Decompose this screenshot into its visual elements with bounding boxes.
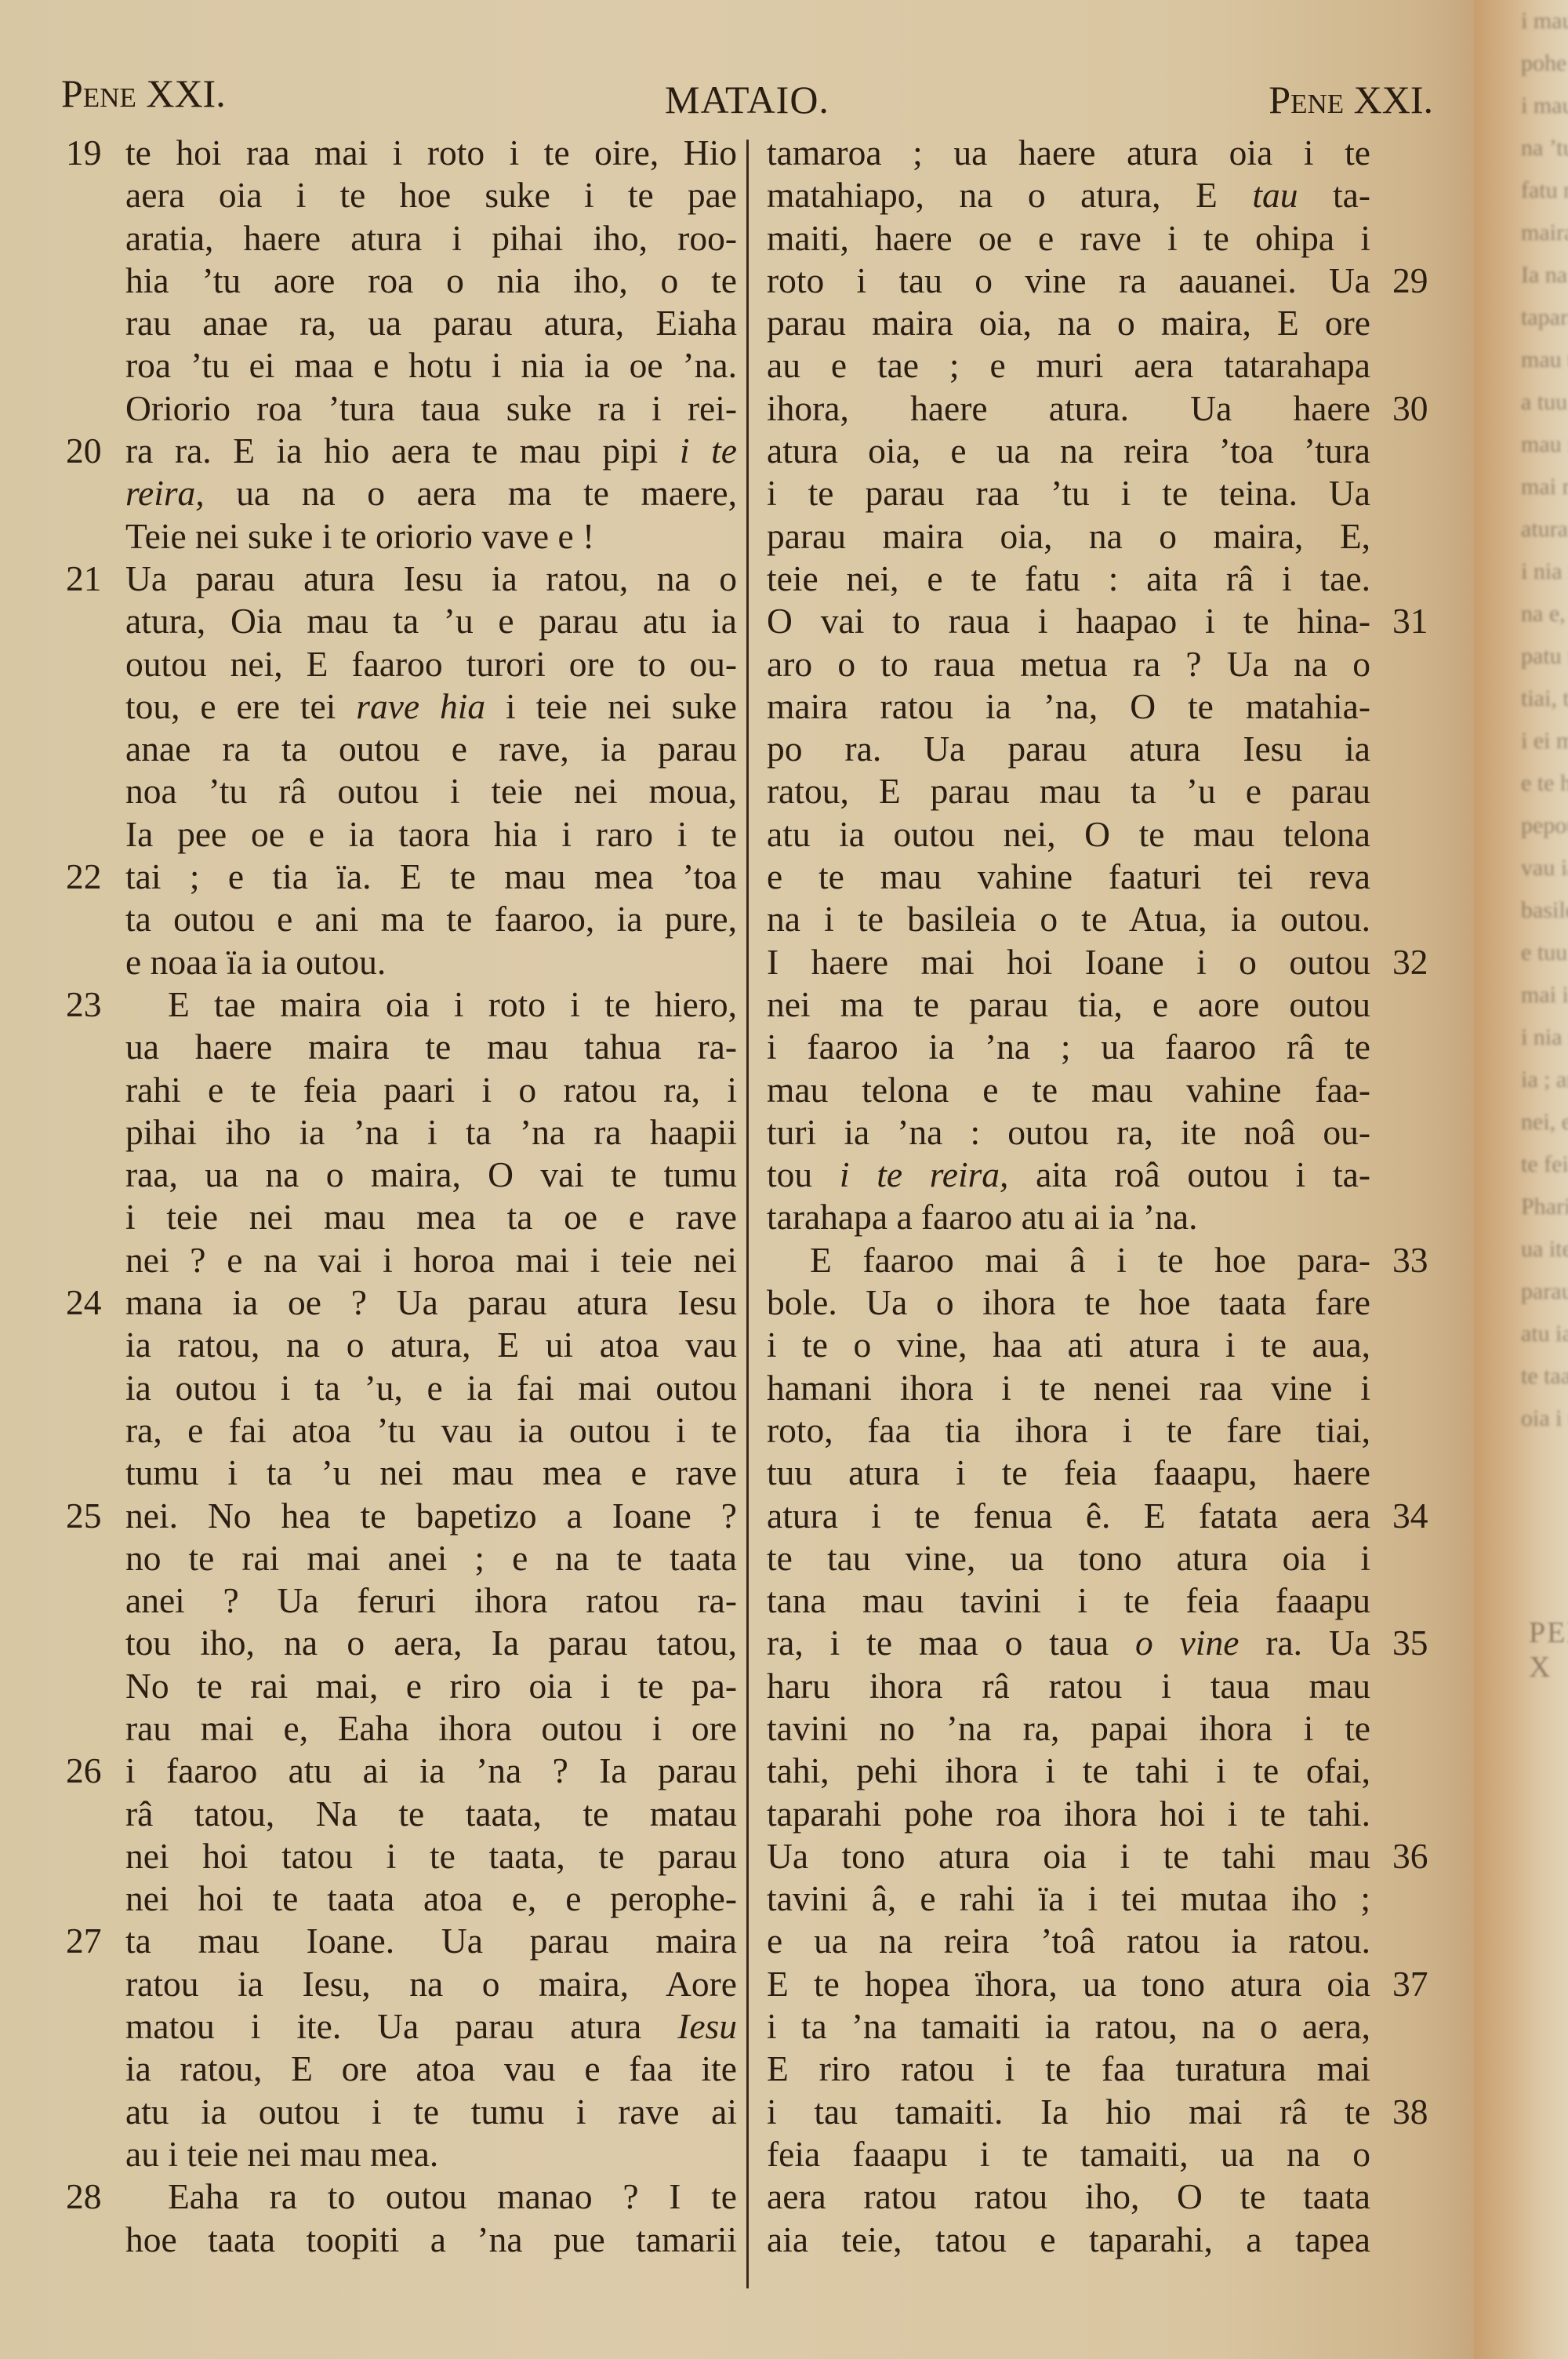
text-line: taparahi pohe roa ihora hoi i te tahi. (767, 1793, 1433, 1835)
text-line: e ua na reira ’toâ ratou ia ratou. (767, 1920, 1433, 1962)
text-line: au i teie nei mau mea. (66, 2133, 740, 2175)
text-line: hoe taata toopiti a ’na pue tamarii (66, 2219, 740, 2261)
text-line: ua haere maira te mau tahua ra- (66, 1026, 740, 1068)
text-line: 34atura i te fenua ê. E fatata aera (767, 1495, 1433, 1537)
verse-text: E riro ratou i te faa turatura mai (767, 2048, 1370, 2090)
text-line: 20ra ra. E ia hio aera te mau pipi i te (66, 430, 740, 472)
verse-number: 36 (1392, 1835, 1428, 1877)
text-line: ia outou i ta ’u, e ia fai mai outou (66, 1367, 740, 1409)
next-page-ghost-text: i mau fepohe ia ’nai mau e vna ’tura ia … (1521, 0, 1568, 1440)
text-line: mau telona e te mau vahine faa- (767, 1069, 1433, 1111)
verse-number: 30 (1392, 387, 1428, 430)
text-line: tarahapa a faaroo atu ai ia ’na. (767, 1196, 1433, 1238)
verse-number: 28 (66, 2175, 102, 2218)
verse-text: Teie nei suke i te oriorio vave e ! (125, 515, 737, 558)
verse-text: au i teie nei mau mea. (125, 2133, 737, 2175)
verse-text: noa ’tu râ outou i teie nei moua, (125, 770, 737, 812)
text-line: i ta ’na tamaiti ia ratou, na o aera, (767, 2005, 1433, 2048)
verse-text: nei ? e na vai i horoa mai i teie nei (125, 1239, 737, 1281)
verse-text: i tau tamaiti. Ia hio mai râ te (767, 2091, 1370, 2133)
header-book-title: MATAIO. (665, 77, 829, 122)
verse-text: reira, ua na o aera ma te maere, (125, 472, 737, 514)
verse-number: 23 (66, 983, 102, 1026)
verse-text: outou nei, E faaroo turori ore to ou- (125, 643, 737, 685)
verse-number: 37 (1392, 1963, 1428, 2005)
text-line: râ tatou, Na te taata, te matau (66, 1793, 740, 1835)
verse-text: mana ia oe ? Ua parau atura Iesu (125, 1281, 737, 1324)
text-line: teie nei, e te fatu : aita râ i tae. (767, 558, 1433, 600)
verse-text: i ta ’na tamaiti ia ratou, na o aera, (767, 2005, 1370, 2048)
text-line: aro o to raua metua ra ? Ua na o (767, 643, 1433, 685)
verse-text: i faaroo ia ’na ; ua faaroo râ te (767, 1026, 1370, 1068)
verse-text: ra ra. E ia hio aera te mau pipi i te (125, 430, 737, 472)
verse-text: aia teie, tatou e taparahi, a tapea (767, 2219, 1370, 2261)
next-page-edge: i mau fepohe ia ’nai mau e vna ’tura ia … (1474, 0, 1568, 2359)
text-line: i te parau raa ’tu i te teina. Ua (767, 472, 1433, 514)
text-line: 23E tae maira oia i roto i te hiero, (66, 983, 740, 1026)
verse-number: 38 (1392, 2091, 1428, 2133)
text-line: aera ratou ratou iho, O te taata (767, 2175, 1433, 2218)
text-line: na i te basileia o te Atua, ia outou. (767, 898, 1433, 940)
text-line: tana mau tavini i te feia faaapu (767, 1579, 1433, 1622)
text-line: 25nei. No hea te bapetizo a Ioane ? (66, 1495, 740, 1537)
verse-text: parau maira oia, na o maira, E ore (767, 302, 1370, 344)
text-line: 36Ua tono atura oia i te tahi mau (767, 1835, 1433, 1877)
text-line: te tau vine, ua tono atura oia i (767, 1537, 1433, 1579)
text-line: outou nei, E faaroo turori ore to ou- (66, 643, 740, 685)
verse-text: Eaha ra to outou manao ? I te (168, 2175, 737, 2218)
verse-text: raa, ua na o maira, O vai te tumu (125, 1154, 737, 1196)
verse-text: po ra. Ua parau atura Iesu ia (767, 728, 1370, 770)
verse-text: E tae maira oia i roto i te hiero, (168, 983, 737, 1026)
verse-text: Oriorio roa ’tura taua suke ra i rei- (125, 387, 737, 430)
verse-text: e te mau vahine faaturi tei reva (767, 856, 1370, 898)
verse-text: anei ? Ua feruri ihora ratou ra- (125, 1579, 737, 1622)
verse-number: 33 (1392, 1239, 1428, 1281)
text-line: ratou ia Iesu, na o maira, Aore (66, 1963, 740, 2005)
text-line: matou i ite. Ua parau atura Iesu (66, 2005, 740, 2048)
text-line: 24mana ia oe ? Ua parau atura Iesu (66, 1281, 740, 1324)
verse-text: O vai to raua i haapao i te hina- (767, 600, 1370, 642)
next-page-chapter-heading: PENE X (1529, 1616, 1568, 1685)
verse-text: atu ia outou i te tumu i rave ai (125, 2091, 737, 2133)
verse-text: tou iho, na o aera, Ia parau tatou, (125, 1622, 737, 1664)
text-line: tuu atura i te feia faaapu, haere (767, 1452, 1433, 1494)
verse-text: aera oia i te hoe suke i te pae (125, 174, 737, 216)
verse-number: 32 (1392, 941, 1428, 983)
verse-number: 31 (1392, 600, 1428, 642)
verse-text: nei. No hea te bapetizo a Ioane ? (125, 1495, 737, 1537)
verse-number: 20 (66, 430, 102, 472)
verse-text: turi ia ’na : outou ra, ite noâ ou- (767, 1111, 1370, 1154)
text-line: nei ma te parau tia, e aore outou (767, 983, 1433, 1026)
verse-text: râ tatou, Na te taata, te matau (125, 1793, 737, 1835)
verse-text: ra, e fai atoa ’tu vau ia outou i te (125, 1409, 737, 1452)
verse-text: no te rai mai anei ; e na te taata (125, 1537, 737, 1579)
text-line: 33E faaroo mai â i te hoe para- (767, 1239, 1433, 1281)
verse-text: na i te basileia o te Atua, ia outou. (767, 898, 1370, 940)
verse-number: 35 (1392, 1622, 1428, 1664)
verse-text: ta outou e ani ma te faaroo, ia pure, (125, 898, 737, 940)
verse-number: 26 (66, 1750, 102, 1792)
text-line: feia faaapu i te tamaiti, ua na o (767, 2133, 1433, 2175)
verse-text: nei hoi tatou i te taata, te parau (125, 1835, 737, 1877)
verse-text: nei ma te parau tia, e aore outou (767, 983, 1370, 1026)
verse-text: Ia pee oe e ia taora hia i raro i te (125, 813, 737, 856)
verse-text: ratou, E parau mau ta ’u e parau (767, 770, 1370, 812)
text-line: 31O vai to raua i haapao i te hina- (767, 600, 1433, 642)
text-line: E riro ratou i te faa turatura mai (767, 2048, 1433, 2090)
text-line: hamani ihora i te nenei raa vine i (767, 1367, 1433, 1409)
text-line: maiti, haere oe e rave i te ohipa i (767, 217, 1433, 260)
text-line: tahi, pehi ihora i te tahi i te ofai, (767, 1750, 1433, 1792)
verse-text: tamaroa ; ua haere atura oia i te (767, 132, 1370, 174)
verse-text: teie nei, e te fatu : aita râ i tae. (767, 558, 1370, 600)
right-column: tamaroa ; ua haere atura oia i tematahia… (767, 132, 1433, 2261)
verse-text: i faaroo atu ai ia ’na ? Ia parau (125, 1750, 737, 1792)
text-line: 28Eaha ra to outou manao ? I te (66, 2175, 740, 2218)
verse-text: atura, Oia mau ta ’u e parau atu ia (125, 600, 737, 642)
text-line: atu ia outou i te tumu i rave ai (66, 2091, 740, 2133)
verse-text: tahi, pehi ihora i te tahi i te ofai, (767, 1750, 1370, 1792)
verse-text: ratou ia Iesu, na o maira, Aore (125, 1963, 737, 2005)
column-divider (746, 140, 749, 2288)
book-page: Pene XXI. MATAIO. Pene XXI. 19te hoi raa… (0, 0, 1490, 2359)
verse-text: roto i tau o vine ra aauanei. Ua (767, 260, 1370, 302)
verse-text: i te o vine, haa ati atura i te aua, (767, 1324, 1370, 1366)
verse-number: 24 (66, 1281, 102, 1324)
text-line: parau maira oia, na o maira, E ore (767, 302, 1433, 344)
verse-text: taparahi pohe roa ihora hoi i te tahi. (767, 1793, 1370, 1835)
verse-text: au e tae ; e muri aera tatarahapa (767, 344, 1370, 387)
verse-text: aratia, haere atura i pihai iho, roo- (125, 217, 737, 260)
text-line: ia ratou, E ore atoa vau e faa ite (66, 2048, 740, 2090)
verse-text: haru ihora râ ratou i taua mau (767, 1665, 1370, 1707)
text-line: Teie nei suke i te oriorio vave e ! (66, 515, 740, 558)
verse-text: rau mai e, Eaha ihora outou i ore (125, 1707, 737, 1750)
text-line: atu ia outou nei, O te mau telona (767, 813, 1433, 856)
text-line: Oriorio roa ’tura taua suke ra i rei- (66, 387, 740, 430)
verse-text: tou i te reira, aita roâ outou i ta- (767, 1154, 1370, 1196)
text-line: hia ’tu aore roa o nia iho, o te (66, 260, 740, 302)
text-line: bole. Ua o ihora te hoe taata fare (767, 1281, 1433, 1324)
text-line: 32I haere mai hoi Ioane i o outou (767, 941, 1433, 983)
verse-text: hia ’tu aore roa o nia iho, o te (125, 260, 737, 302)
text-line: 21Ua parau atura Iesu ia ratou, na o (66, 558, 740, 600)
verse-text: i teie nei mau mea ta oe e rave (125, 1196, 737, 1238)
text-line: anei ? Ua feruri ihora ratou ra- (66, 1579, 740, 1622)
verse-text: roto, faa tia ihora i te fare tiai, (767, 1409, 1370, 1452)
text-line: tou, e ere tei rave hia i teie nei suke (66, 685, 740, 728)
verse-text: feia faaapu i te tamaiti, ua na o (767, 2133, 1370, 2175)
verse-text: tai ; e tia ïa. E te mau mea ’toa (125, 856, 737, 898)
verse-text: te tau vine, ua tono atura oia i (767, 1537, 1370, 1579)
verse-text: Ua parau atura Iesu ia ratou, na o (125, 558, 737, 600)
verse-number: 22 (66, 856, 102, 898)
verse-text: roa ’tu ei maa e hotu i nia ia oe ’na. (125, 344, 737, 387)
verse-text: anae ra ta outou e rave, ia parau (125, 728, 737, 770)
verse-text: I haere mai hoi Ioane i o outou (767, 941, 1370, 983)
text-line: rau anae ra, ua parau atura, Eiaha (66, 302, 740, 344)
verse-text: aro o to raua metua ra ? Ua na o (767, 643, 1370, 685)
running-header: Pene XXI. MATAIO. Pene XXI. (61, 71, 1433, 125)
text-line: No te rai mai, e riro oia i te pa- (66, 1665, 740, 1707)
text-line: Ia pee oe e ia taora hia i raro i te (66, 813, 740, 856)
text-line: 19te hoi raa mai i roto i te oire, Hio (66, 132, 740, 174)
text-line: rau mai e, Eaha ihora outou i ore (66, 1707, 740, 1750)
text-line: no te rai mai anei ; e na te taata (66, 1537, 740, 1579)
text-line: e te mau vahine faaturi tei reva (767, 856, 1433, 898)
text-line: nei ? e na vai i horoa mai i teie nei (66, 1239, 740, 1281)
verse-text: tou, e ere tei rave hia i teie nei suke (125, 685, 737, 728)
text-line: roto, faa tia ihora i te fare tiai, (767, 1409, 1433, 1452)
verse-text: pihai iho ia ’na i ta ’na ra haapii (125, 1111, 737, 1154)
text-line: matahiapo, na o atura, E tau ta- (767, 174, 1433, 216)
text-line: tavini â, e rahi ïa i tei mutaa iho ; (767, 1877, 1433, 1920)
header-chapter-right: Pene XXI. (1269, 77, 1433, 122)
text-line: 27ta mau Ioane. Ua parau maira (66, 1920, 740, 1962)
text-line: e noaa ïa ia outou. (66, 941, 740, 983)
verse-text: aera ratou ratou iho, O te taata (767, 2175, 1370, 2218)
text-line: atura oia, e ua na reira ’toa ’tura (767, 430, 1433, 472)
verse-text: rau anae ra, ua parau atura, Eiaha (125, 302, 737, 344)
text-line: 30ihora, haere atura. Ua haere (767, 387, 1433, 430)
verse-text: e noaa ïa ia outou. (125, 941, 737, 983)
verse-number: 25 (66, 1495, 102, 1537)
text-line: aia teie, tatou e taparahi, a tapea (767, 2219, 1433, 2261)
text-line: aera oia i te hoe suke i te pae (66, 174, 740, 216)
text-line: nei hoi te taata atoa e, e perophe- (66, 1877, 740, 1920)
verse-text: i te parau raa ’tu i te teina. Ua (767, 472, 1370, 514)
text-line: i te o vine, haa ati atura i te aua, (767, 1324, 1433, 1366)
text-line: haru ihora râ ratou i taua mau (767, 1665, 1433, 1707)
text-line: tou iho, na o aera, Ia parau tatou, (66, 1622, 740, 1664)
verse-text: hoe taata toopiti a ’na pue tamarii (125, 2219, 737, 2261)
text-line: 22tai ; e tia ïa. E te mau mea ’toa (66, 856, 740, 898)
text-line: reira, ua na o aera ma te maere, (66, 472, 740, 514)
verse-text: e ua na reira ’toâ ratou ia ratou. (767, 1920, 1370, 1962)
text-line: tamaroa ; ua haere atura oia i te (767, 132, 1433, 174)
text-line: 35ra, i te maa o taua o vine ra. Ua (767, 1622, 1433, 1664)
text-line: 29roto i tau o vine ra aauanei. Ua (767, 260, 1433, 302)
verse-text: parau maira oia, na o maira, E, (767, 515, 1370, 558)
left-column: 19te hoi raa mai i roto i te oire, Hioae… (66, 132, 740, 2261)
verse-text: tavini â, e rahi ïa i tei mutaa iho ; (767, 1877, 1370, 1920)
header-chapter-left: Pene XXI. (61, 71, 226, 116)
verse-text: ta mau Ioane. Ua parau maira (125, 1920, 737, 1962)
verse-text: ia outou i ta ’u, e ia fai mai outou (125, 1367, 737, 1409)
verse-text: E te hopea ïhora, ua tono atura oia (767, 1963, 1370, 2005)
verse-text: ihora, haere atura. Ua haere (767, 387, 1370, 430)
text-line: parau maira oia, na o maira, E, (767, 515, 1433, 558)
text-line: atura, Oia mau ta ’u e parau atu ia (66, 600, 740, 642)
text-line: ra, e fai atoa ’tu vau ia outou i te (66, 1409, 740, 1452)
verse-text: ia ratou, E ore atoa vau e faa ite (125, 2048, 737, 2090)
verse-text: ia ratou, na o atura, E ui atoa vau (125, 1324, 737, 1366)
verse-text: te hoi raa mai i roto i te oire, Hio (125, 132, 737, 174)
text-line: aratia, haere atura i pihai iho, roo- (66, 217, 740, 260)
verse-text: ua haere maira te mau tahua ra- (125, 1026, 737, 1068)
verse-text: tarahapa a faaroo atu ai ia ’na. (767, 1196, 1370, 1238)
verse-text: matou i ite. Ua parau atura Iesu (125, 2005, 737, 2048)
verse-number: 19 (66, 132, 102, 174)
verse-text: tana mau tavini i te feia faaapu (767, 1579, 1370, 1622)
text-line: roa ’tu ei maa e hotu i nia ia oe ’na. (66, 344, 740, 387)
text-line: turi ia ’na : outou ra, ite noâ ou- (767, 1111, 1433, 1154)
text-line: raa, ua na o maira, O vai te tumu (66, 1154, 740, 1196)
text-line: nei hoi tatou i te taata, te parau (66, 1835, 740, 1877)
text-line: 37E te hopea ïhora, ua tono atura oia (767, 1963, 1433, 2005)
verse-number: 29 (1392, 260, 1428, 302)
text-line: po ra. Ua parau atura Iesu ia (767, 728, 1433, 770)
text-line: anae ra ta outou e rave, ia parau (66, 728, 740, 770)
verse-text: hamani ihora i te nenei raa vine i (767, 1367, 1370, 1409)
text-line: au e tae ; e muri aera tatarahapa (767, 344, 1433, 387)
verse-text: nei hoi te taata atoa e, e perophe- (125, 1877, 737, 1920)
verse-text: bole. Ua o ihora te hoe taata fare (767, 1281, 1370, 1324)
verse-number: 21 (66, 558, 102, 600)
verse-text: matahiapo, na o atura, E tau ta- (767, 174, 1370, 216)
text-line: maira ratou ia ’na, O te matahia- (767, 685, 1433, 728)
verse-text: atura i te fenua ê. E fatata aera (767, 1495, 1370, 1537)
verse-text: No te rai mai, e riro oia i te pa- (125, 1665, 737, 1707)
verse-text: atura oia, e ua na reira ’toa ’tura (767, 430, 1370, 472)
text-line: i teie nei mau mea ta oe e rave (66, 1196, 740, 1238)
text-line: noa ’tu râ outou i teie nei moua, (66, 770, 740, 812)
text-line: 38i tau tamaiti. Ia hio mai râ te (767, 2091, 1433, 2133)
text-line: rahi e te feia paari i o ratou ra, i (66, 1069, 740, 1111)
verse-text: tumu i ta ’u nei mau mea e rave (125, 1452, 737, 1494)
text-line: ta outou e ani ma te faaroo, ia pure, (66, 898, 740, 940)
verse-text: maiti, haere oe e rave i te ohipa i (767, 217, 1370, 260)
verse-text: E faaroo mai â i te hoe para- (810, 1239, 1370, 1281)
verse-number: 34 (1392, 1495, 1428, 1537)
text-line: ia ratou, na o atura, E ui atoa vau (66, 1324, 740, 1366)
verse-text: maira ratou ia ’na, O te matahia- (767, 685, 1370, 728)
text-line: tumu i ta ’u nei mau mea e rave (66, 1452, 740, 1494)
verse-text: ra, i te maa o taua o vine ra. Ua (767, 1622, 1370, 1664)
verse-text: mau telona e te mau vahine faa- (767, 1069, 1370, 1111)
text-line: tou i te reira, aita roâ outou i ta- (767, 1154, 1433, 1196)
verse-number: 27 (66, 1920, 102, 1962)
verse-text: Ua tono atura oia i te tahi mau (767, 1835, 1370, 1877)
text-line: tavini no ’na ra, papai ihora i te (767, 1707, 1433, 1750)
text-line: 26i faaroo atu ai ia ’na ? Ia parau (66, 1750, 740, 1792)
text-line: i faaroo ia ’na ; ua faaroo râ te (767, 1026, 1433, 1068)
verse-text: tavini no ’na ra, papai ihora i te (767, 1707, 1370, 1750)
verse-text: tuu atura i te feia faaapu, haere (767, 1452, 1370, 1494)
verse-text: rahi e te feia paari i o ratou ra, i (125, 1069, 737, 1111)
text-line: pihai iho ia ’na i ta ’na ra haapii (66, 1111, 740, 1154)
verse-text: atu ia outou nei, O te mau telona (767, 813, 1370, 856)
text-line: ratou, E parau mau ta ’u e parau (767, 770, 1433, 812)
